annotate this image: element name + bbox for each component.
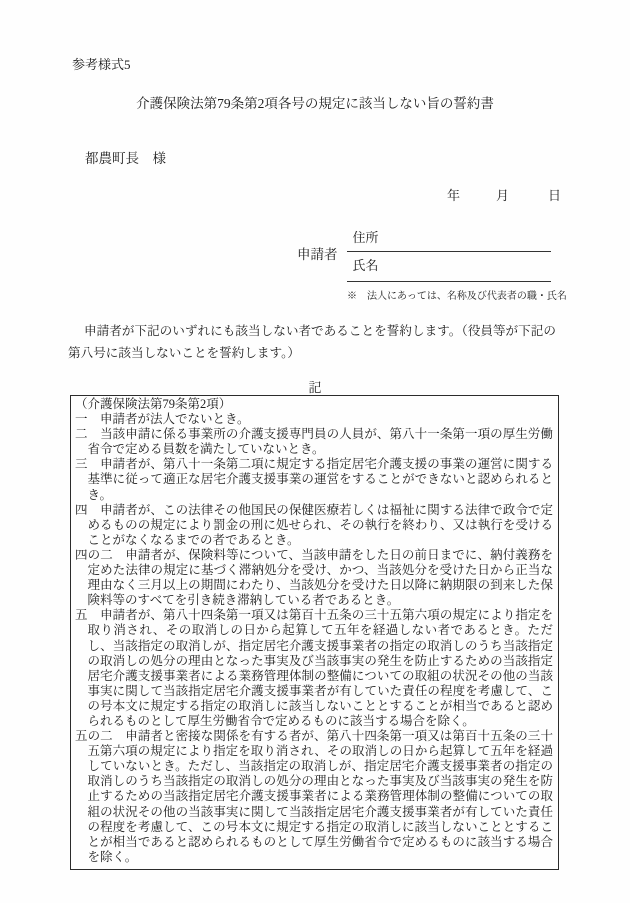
document-title: 介護保険法第79条第2項各号の規定に該当しない旨の誓約書: [0, 92, 630, 112]
item-text: 当該申請に係る事業所の介護支援専門員の人員が、第八十一条第一項の厚生労働省令で定…: [88, 427, 553, 456]
document-page: 参考様式5 介護保険法第79条第2項各号の規定に該当しない旨の誓約書 都農町長 …: [0, 0, 630, 903]
item-number: 三: [75, 457, 88, 471]
date-day-label: 日: [548, 185, 561, 204]
item-text: 申請者と密接な関係を有する者が、第八十四条第一項又は第百十五条の三十五第六項の規…: [88, 729, 554, 864]
law-item-2: 二当該申請に係る事業所の介護支援専門員の人員が、第八十一条第一項の厚生労働省令で…: [75, 427, 553, 457]
item-number: 五の二: [75, 729, 113, 743]
name-field[interactable]: 氏名: [347, 252, 551, 282]
corporation-note: ※ 法人にあっては、名称及び代表者の職・氏名: [347, 287, 567, 302]
law-item-3: 三申請者が、第八十一条第二項に規定する指定居宅介護支援の事業の運営に関する基準に…: [75, 457, 553, 502]
law-item-4-2: 四の二申請者が、保険料等について、当該申請をした日の前日までに、納付義務を定めた…: [75, 548, 553, 608]
address-label: 住所: [347, 224, 379, 246]
law-item-5: 五申請者が、第八十四条第一項又は第百十五条の三十五第六項の規定により指定を取り消…: [75, 608, 553, 729]
law-item-1: 一申請者が法人でないとき。: [75, 412, 553, 427]
declaration-paragraph: 申請者が下記のいずれにも該当しない者であることを誓約します。（役員等が下記の第八…: [68, 320, 556, 364]
ki-label: 記: [0, 377, 630, 396]
item-text: 申請者が、この法律その他国民の保健医療若しくは福祉に関する法律で政令で定めるもの…: [88, 503, 554, 547]
applicant-fields: 住所 氏名: [347, 224, 551, 282]
form-label: 参考様式5: [72, 54, 131, 73]
date-line: 年 月 日: [447, 185, 561, 204]
addressee: 都農町長 様: [85, 147, 166, 167]
address-field[interactable]: 住所: [347, 224, 551, 252]
law-item-5-2: 五の二申請者と密接な関係を有する者が、第八十四条第一項又は第百十五条の三十五第六…: [75, 729, 553, 865]
law-box-heading: （介護保険法第79条第2項）: [75, 397, 553, 412]
item-text: 申請者が、第八十四条第一項又は第百十五条の三十五第六項の規定により指定を取り消さ…: [88, 608, 554, 728]
item-number: 一: [75, 412, 88, 426]
date-month-label: 月: [496, 185, 509, 204]
item-number: 二: [75, 427, 88, 441]
law-box: （介護保険法第79条第2項） 一申請者が法人でないとき。 二当該申請に係る事業所…: [70, 395, 559, 870]
item-number: 四の二: [75, 548, 113, 562]
applicant-label: 申請者: [297, 243, 338, 263]
law-item-4: 四申請者が、この法律その他国民の保健医療若しくは福祉に関する法律で政令で定めるも…: [75, 503, 553, 548]
date-year-label: 年: [447, 185, 460, 204]
applicant-block: 申請者 住所 氏名: [297, 224, 551, 282]
item-text: 申請者が法人でないとき。: [100, 412, 250, 426]
name-label: 氏名: [347, 252, 379, 274]
item-text: 申請者が、保険料等について、当該申請をした日の前日までに、納付義務を定めた法律の…: [88, 548, 554, 607]
item-number: 四: [75, 503, 88, 517]
item-number: 五: [75, 608, 88, 622]
item-text: 申請者が、第八十一条第二項に規定する指定居宅介護支援の事業の運営に関する基準に従…: [88, 457, 554, 501]
